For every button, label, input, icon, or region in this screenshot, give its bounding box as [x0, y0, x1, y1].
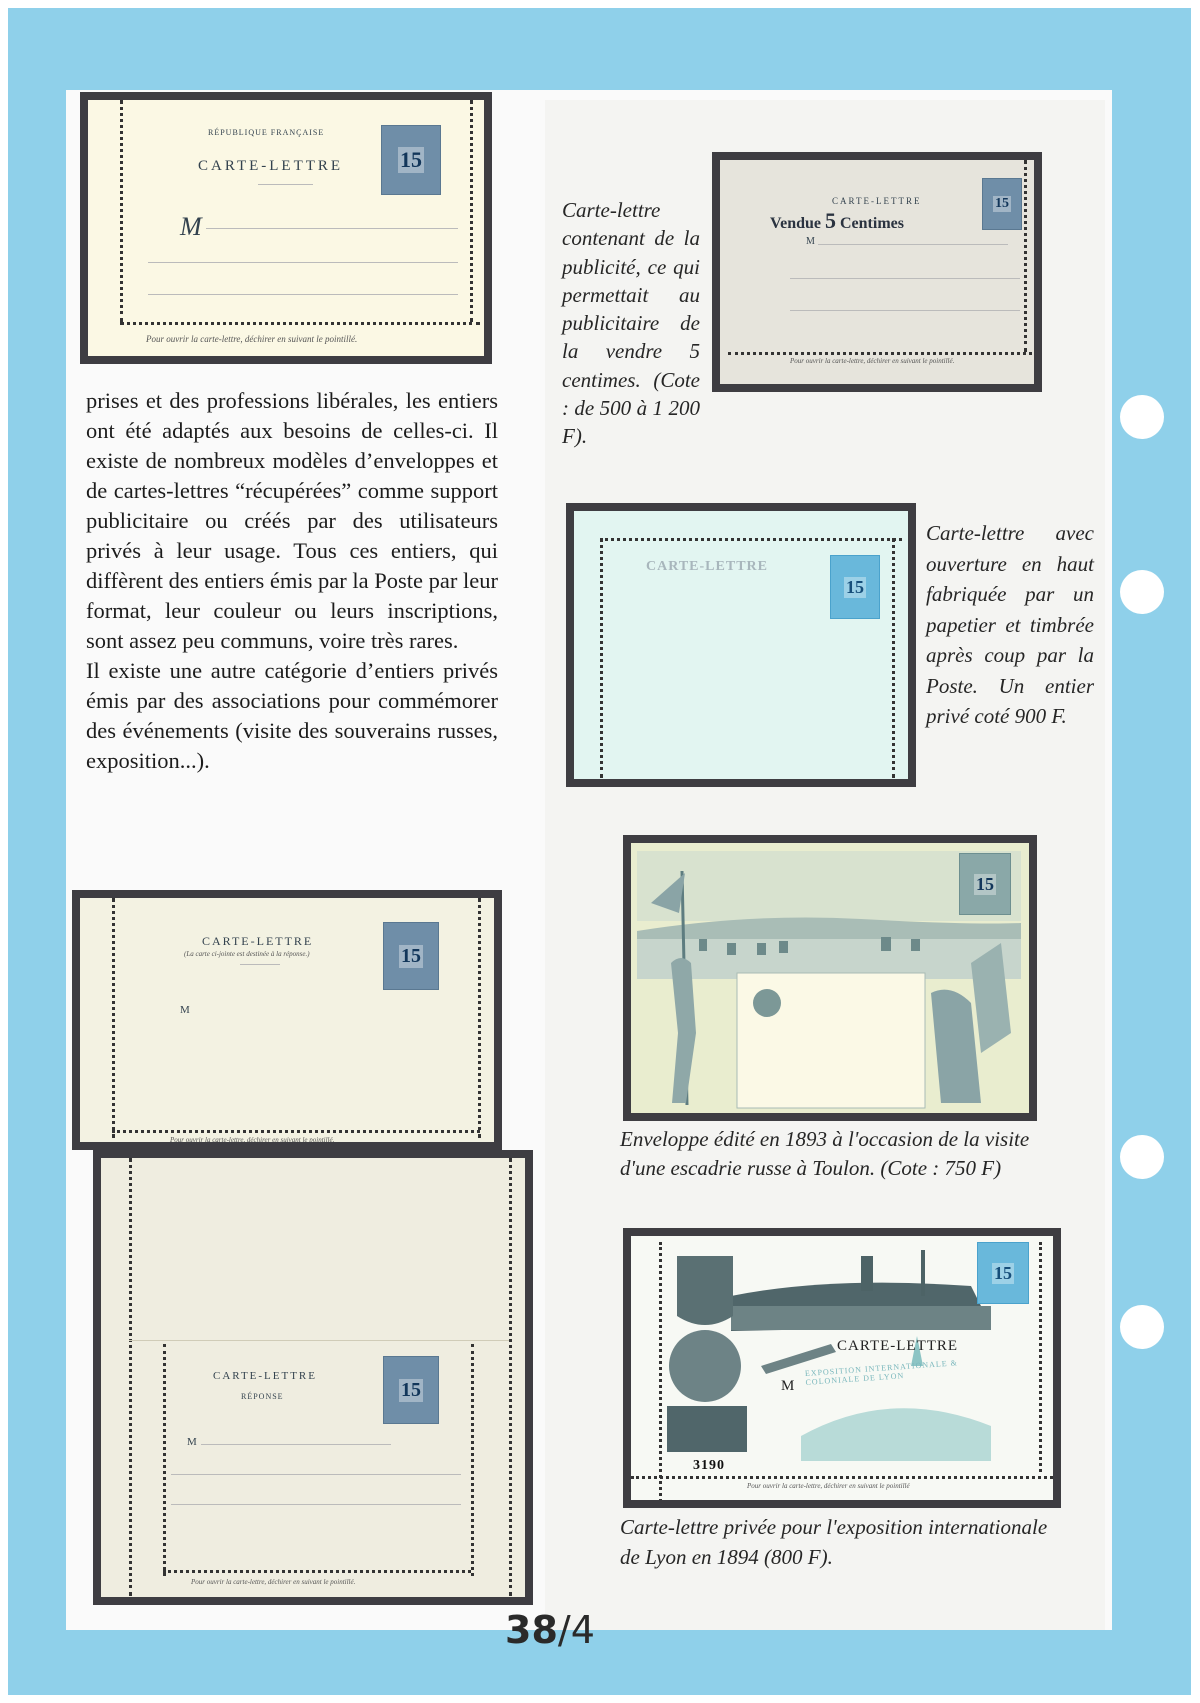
perforation-line	[120, 322, 480, 325]
perforation-line	[129, 1158, 132, 1596]
address-line	[790, 310, 1020, 311]
perforation-line	[470, 100, 473, 322]
headline-number: 5	[825, 208, 836, 233]
article-body: prises et des professions libérales, les…	[86, 386, 498, 776]
address-line	[790, 278, 1020, 279]
paragraph: prises et des professions libérales, les…	[86, 386, 498, 656]
envelope-escadre-russe-toulon: 15	[623, 835, 1037, 1121]
addressee-label: M	[180, 212, 202, 242]
perforation-line	[112, 898, 115, 1138]
addressee-label: M	[806, 236, 815, 247]
perforation-line	[163, 1570, 471, 1573]
perforation-line	[1024, 160, 1027, 352]
address-line	[171, 1474, 461, 1475]
caption-ouverture: Carte-lettre avec ouverture en haut fabr…	[926, 518, 1094, 732]
stamp-sage-15c: 15	[383, 1356, 439, 1424]
perforation-line	[478, 898, 481, 1138]
perforation-line	[600, 538, 603, 778]
card-subtitle: (La carte ci-jointe est destinée à la ré…	[184, 950, 310, 958]
card-title: CARTE-LETTRE	[837, 1338, 958, 1355]
binder-hole	[1120, 1305, 1164, 1349]
perforation-line	[509, 1158, 512, 1596]
stamp-sage-15c: 15	[959, 853, 1011, 915]
address-line	[171, 1504, 461, 1505]
card-title: CARTE-LETTRE	[646, 559, 768, 575]
address-line	[818, 244, 1008, 245]
card-title: CARTE-LETTRE	[202, 934, 313, 949]
addressee-label: M	[180, 1004, 190, 1016]
card-carte-lettre-avec-reponse: CARTE-LETTRE (La carte ci-jointe est des…	[72, 890, 502, 1150]
caption-lyon: Carte-lettre privée pour l'exposition in…	[620, 1512, 1050, 1572]
card-footer: Pour ouvrir la carte-lettre, déchirer en…	[790, 357, 954, 365]
headline-word: Centimes	[840, 215, 904, 232]
caption-publicite: Carte-lettre contenant de la publicité, …	[562, 196, 700, 451]
folio-number: 38	[505, 1608, 558, 1652]
card-ouverture-en-haut: CARTE-LETTRE 15	[566, 503, 916, 787]
addressee-label: M	[187, 1436, 197, 1448]
serial-number: 3190	[693, 1458, 725, 1474]
card-header: RÉPUBLIQUE FRANÇAISE	[208, 128, 324, 137]
page-number: 38/4	[505, 1608, 595, 1652]
stamp-sage-15c: 15	[381, 125, 441, 195]
binder-hole	[1120, 1135, 1164, 1179]
address-line	[206, 228, 458, 229]
card-subtitle: RÉPONSE	[241, 1392, 284, 1401]
address-line	[201, 1444, 391, 1445]
card-footer: Pour ouvrir la carte-lettre, déchirer en…	[747, 1482, 910, 1490]
card-republique-francaise: RÉPUBLIQUE FRANÇAISE CARTE-LETTRE 15 M P…	[80, 92, 492, 364]
fold-line	[129, 1340, 509, 1341]
card-footer: Pour ouvrir la carte-lettre, déchirer en…	[170, 1136, 334, 1142]
perforation-line	[471, 1344, 474, 1576]
perforation-line	[631, 1476, 1053, 1479]
divider	[258, 184, 313, 185]
card-footer: Pour ouvrir la carte-lettre, déchirer en…	[191, 1578, 355, 1586]
perforation-line	[728, 352, 1034, 355]
card-reponse-unfolded: CARTE-LETTRE RÉPONSE 15 M Pour ouvrir la…	[93, 1150, 533, 1605]
perforation-line	[163, 1344, 166, 1576]
perforation-line	[120, 100, 123, 322]
card-exposition-lyon: 15 CARTE-LETTRE EXPOSITION INTERNATIONAL…	[623, 1228, 1061, 1508]
stamp-sage-15c: 15	[383, 922, 439, 990]
stamp-sage-15c: 15	[977, 1242, 1029, 1304]
addressee-label: M	[781, 1378, 794, 1395]
paragraph: Il existe une autre catégorie d’entiers …	[86, 656, 498, 776]
perforation-line	[112, 1130, 480, 1133]
card-title: CARTE-LETTRE	[213, 1370, 317, 1382]
binder-hole	[1120, 395, 1164, 439]
perforation-line	[600, 538, 902, 541]
card-footer: Pour ouvrir la carte-lettre, déchirer en…	[146, 334, 357, 344]
stamp-sage-15c: 15	[982, 178, 1022, 230]
address-line	[148, 262, 458, 263]
caption-enveloppe: Enveloppe édité en 1893 à l'occasion de …	[620, 1125, 1040, 1182]
divider	[240, 964, 280, 965]
card-vendue-5-centimes: CARTE-LETTRE Vendue 5 Centimes 15 M Pour…	[712, 152, 1042, 392]
binder-hole	[1120, 570, 1164, 614]
stamp-sage-15c: 15	[830, 555, 880, 619]
card-title: CARTE-LETTRE	[832, 196, 921, 206]
address-line	[148, 294, 458, 295]
folio-suffix: /4	[558, 1608, 595, 1652]
perforation-line	[892, 538, 895, 778]
headline-word: Vendue	[770, 215, 821, 232]
card-headline: Vendue 5 Centimes	[770, 208, 904, 234]
card-title: CARTE-LETTRE	[198, 158, 343, 175]
